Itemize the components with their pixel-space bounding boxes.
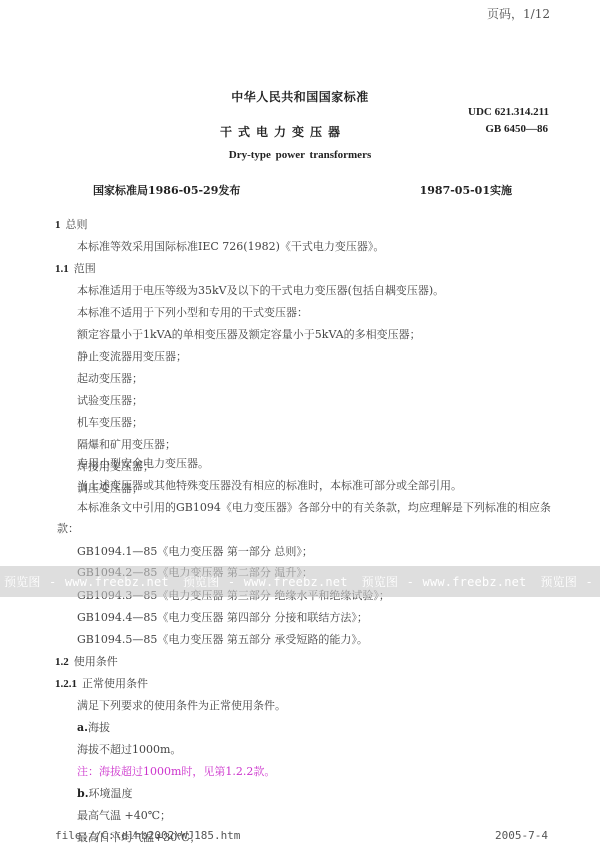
item-b-heading: b.环境温度 xyxy=(77,787,133,801)
section-heading-1-1: 1.1范围 xyxy=(55,262,96,276)
watermark-text: 预览图 - www.freebz.net预览图 - www.freebz.net… xyxy=(4,573,600,590)
note-text: 注：海拔超过1000m时，见第1.2.2款。 xyxy=(77,765,275,779)
gb-reference: GB1094.5—85《电力变压器 第五部分 承受短路的能力》。 xyxy=(77,633,368,647)
watermark-segment: 预览图 - www.freebz.net xyxy=(540,575,600,589)
list-item: 试验变压器； xyxy=(77,394,143,408)
document-title-cn: 干式电力变压器 xyxy=(220,123,346,140)
list-item: 额定容量小于1kVA的单相变压器及额定容量小于5kVA的多相变压器； xyxy=(77,328,421,342)
section-heading-1-2: 1.2使用条件 xyxy=(55,655,118,669)
document-title-en: Dry-type power transformers xyxy=(0,149,600,161)
issue-date: 国家标准局1986-05-29发布 xyxy=(93,182,240,198)
list-item: 专用小型安全电力变压器。 xyxy=(77,457,209,471)
footer-date: 2005-7-4 xyxy=(495,829,548,842)
list-item: 起动变压器； xyxy=(77,372,143,386)
item-a-heading: a.海拔 xyxy=(77,721,110,735)
page-number: 页码，1/12 xyxy=(487,5,550,22)
paragraph: 本标准适用于电压等级为35kV及以下的干式电力变压器(包括自耦变压器)。 xyxy=(77,284,444,298)
item-label: b. xyxy=(77,787,89,800)
section-heading-1-2-1: 1.2.1正常使用条件 xyxy=(55,677,148,691)
section-number: 1 xyxy=(55,219,61,231)
item-label: a. xyxy=(77,721,88,734)
udc-code: UDC 621.314.211 xyxy=(468,106,549,118)
paragraph: 本标准等效采用国际标准IEC 726(1982)《干式电力变压器》。 xyxy=(77,240,384,254)
section-number: 1.1 xyxy=(55,263,69,275)
item-title: 环境温度 xyxy=(89,787,133,800)
paragraph: 满足下列要求的使用条件为正常使用条件。 xyxy=(77,699,286,713)
gb-reference: GB1094.4—85《电力变压器 第四部分 分接和联结方法》； xyxy=(77,611,368,625)
gb-reference: GB1094.1—85《电力变压器 第一部分 总则》； xyxy=(77,545,313,559)
footer-file-path: file://C:\dlhb2002\WJ185.htm xyxy=(55,829,240,842)
section-heading-1: 1总则 xyxy=(55,218,88,232)
section-title: 范围 xyxy=(74,262,96,275)
list-item: 隔爆和矿用变压器； xyxy=(77,438,176,452)
gb-number: GB 6450—86 xyxy=(485,123,548,135)
paragraph: 海拔不超过1000m。 xyxy=(77,743,181,757)
section-title: 总则 xyxy=(66,218,88,231)
paragraph: 本标准不适用于下列小型和专用的干式变压器： xyxy=(77,306,308,320)
standard-org-title: 中华人民共和国国家标准 xyxy=(0,88,600,105)
watermark-segment: 预览图 - www.freebz.net xyxy=(362,575,527,589)
section-number: 1.2.1 xyxy=(55,678,77,690)
watermark-segment: 预览图 - www.freebz.net xyxy=(4,575,169,589)
paragraph: 本标准条文中引用的GB1094《电力变压器》各部分中的有关条款，均应理解是下列标… xyxy=(77,501,551,515)
item-title: 海拔 xyxy=(88,721,110,734)
section-title: 使用条件 xyxy=(74,655,118,668)
effective-date: 1987-05-01实施 xyxy=(420,182,512,198)
watermark-segment: 预览图 - www.freebz.net xyxy=(183,575,348,589)
section-title: 正常使用条件 xyxy=(82,677,148,690)
paragraph: 最高气温 +40℃； xyxy=(77,809,171,823)
section-number: 1.2 xyxy=(55,656,69,668)
list-item: 静止变流器用变压器； xyxy=(77,350,187,364)
list-item: 机车变压器； xyxy=(77,416,143,430)
paragraph: 当上述变压器或其他特殊变压器没有相应的标准时，本标准可部分或全部引用。 xyxy=(77,479,462,493)
paragraph-wrap: 款： xyxy=(57,522,79,536)
